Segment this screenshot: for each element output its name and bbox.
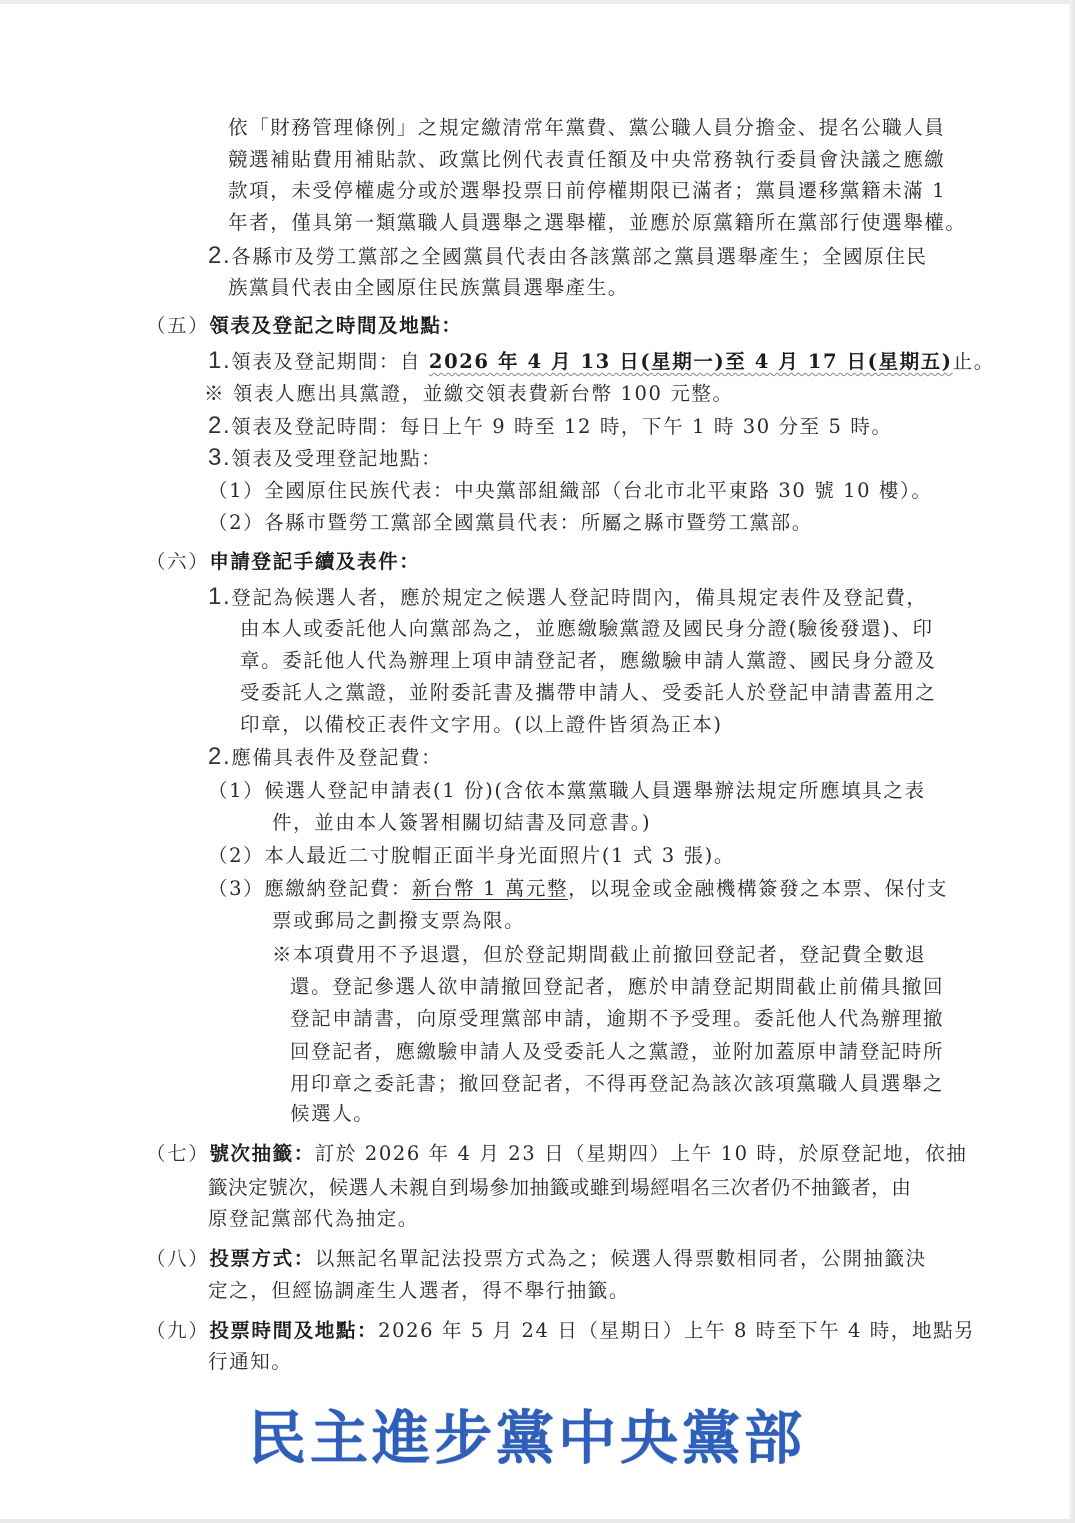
section-title: 領表及登記之時間及地點：	[209, 314, 462, 337]
section-label: （七）	[146, 1142, 209, 1165]
section-heading: （八）投票方式：以無記名單記法投票方式為之；候選人得票數相同者，公開抽籤決	[146, 1244, 927, 1274]
text: ，以現金或金融機構簽發之本票、保付支	[568, 877, 948, 900]
item-number: 2.	[208, 242, 231, 269]
text: 領表及登記時間：每日上午 9 時至 12 時，下午 1 時 30 分至 5 時。	[231, 415, 892, 438]
item-number: 1.	[208, 583, 231, 610]
section-heading: （五）領表及登記之時間及地點：	[146, 311, 463, 341]
text: 應備具表件及登記費：	[231, 746, 442, 769]
text-line: 印章，以備校正表件文字用。(以上證件皆須為正本)	[240, 710, 723, 740]
text-line: 競選補貼費用補貼款、政黨比例代表責任額及中央常務執行委員會決議之應繳	[228, 145, 945, 175]
list-item: 1.領表及登記期間：自 2026 年 4 月 13 日(星期一)至 4 月 17…	[208, 346, 995, 377]
section-heading: （六）申請登記手續及表件：	[146, 547, 420, 577]
registration-period: 2026 年 4 月 13 日(星期一)至 4 月 17 日(星期五)	[429, 350, 953, 373]
text-line: 由本人或委託他人向黨部為之，並應繳驗黨證及國民身分證(驗後發還)、印	[240, 614, 934, 644]
text-line: 款項，未受停權處分或於選舉投票日前停權期限已滿者；黨員遷移黨籍未滿 1	[228, 176, 946, 206]
sub-item: （1）全國原住民族代表：中央黨部組織部（台北市北平東路 30 號 10 樓）。	[208, 476, 932, 506]
text: 領表及登記期間：自	[231, 350, 429, 373]
sub-item: （2）本人最近二寸脫帽正面半身光面照片(1 式 3 張)。	[208, 841, 735, 871]
section-title: 申請登記手續及表件：	[209, 550, 420, 573]
sub-item: （3）應繳納登記費：新台幣 1 萬元整，以現金或金融機構簽發之本票、保付支	[208, 874, 948, 904]
list-item: 3.領表及受理登記地點：	[208, 443, 442, 474]
text-line: 章。委託他人代為辦理上項申請登記者，應繳驗申請人黨證、國民身分證及	[240, 646, 936, 676]
note: ※ 領表人應出具黨證，並繳交領表費新台幣 100 元整。	[204, 379, 734, 409]
section-label: （九）	[146, 1319, 209, 1342]
page-edge	[0, 0, 1075, 4]
note-line: ※本項費用不予退還，但於登記期間截止前撤回登記者，登記費全數退	[272, 940, 926, 970]
list-item: 2.領表及登記時間：每日上午 9 時至 12 時，下午 1 時 30 分至 5 …	[208, 411, 893, 442]
text-line: 原登記黨部代為抽定。	[208, 1204, 419, 1234]
item-number: 2.	[208, 743, 231, 770]
section-label: （六）	[146, 550, 209, 573]
text-line: 各縣市及勞工黨部之全國黨員代表由各該黨部之黨員選舉產生；全國原住民	[231, 245, 927, 268]
text-line: 受委託人之黨證，並附委託書及攜帶申請人、受委託人於登記申請書蓋用之	[240, 678, 936, 708]
text-line: 登記為候選人者，應於規定之候選人登記時間內，備具規定表件及登記費，	[231, 586, 927, 609]
list-item: 2.應備具表件及登記費：	[208, 742, 442, 773]
text-line: 定之，但經協調產生人選者，得不舉行抽籤。	[208, 1276, 630, 1306]
section-title: 投票時間及地點：	[209, 1319, 378, 1342]
text-line: 訂於 2026 年 4 月 23 日（星期四）上午 10 時，於原登記地，依抽	[315, 1142, 968, 1165]
text-line: 籤決定號次，候選人未親自到場參加抽籤或雖到場經唱名三次者仍不抽籤者，由	[208, 1173, 912, 1203]
text-line: 2026 年 5 月 24 日（星期日）上午 8 時至下午 4 時，地點另	[378, 1319, 975, 1342]
list-item: 1.登記為候選人者，應於規定之候選人登記時間內，備具規定表件及登記費，	[208, 582, 928, 613]
section-heading: （九）投票時間及地點：2026 年 5 月 24 日（星期日）上午 8 時至下午…	[146, 1316, 975, 1346]
item-number: 2.	[208, 412, 231, 439]
section-label: （五）	[146, 314, 209, 337]
list-item: 2.各縣市及勞工黨部之全國黨員代表由各該黨部之黨員選舉產生；全國原住民	[208, 241, 928, 272]
organization-stamp: 民主進步黨中央黨部	[248, 1398, 768, 1478]
note-line: 還。登記參選人欲申請撤回登記者，應於申請登記期間截止前備具撤回	[290, 972, 944, 1002]
text: 領表及受理登記地點：	[231, 447, 442, 470]
text-line: 行通知。	[208, 1347, 292, 1377]
item-number: 3.	[208, 444, 231, 471]
text-line: 票或郵局之劃撥支票為限。	[272, 906, 525, 936]
item-number: 1.	[208, 347, 231, 374]
text-line: 依「財務管理條例」之規定繳清常年黨費、黨公職人員分擔金、提名公職人員	[228, 113, 945, 143]
page-edge	[1069, 0, 1075, 1523]
section-title: 號次抽籤：	[209, 1142, 315, 1165]
registration-fee: 新台幣 1 萬元整	[412, 877, 568, 900]
text: 應繳納登記費：	[264, 877, 412, 900]
text-line: 族黨員代表由全國原住民族黨員選舉產生。	[228, 273, 629, 303]
text-line: 候選人登記申請表(1 份)(含依本黨黨職人員選舉辦法規定所應填具之表	[264, 779, 925, 802]
sub-item: （1）候選人登記申請表(1 份)(含依本黨黨職人員選舉辦法規定所應填具之表	[208, 776, 926, 806]
note-line: 回登記者，應繳驗申請人及受委託人之黨證，並附加蓋原申請登記時所	[290, 1037, 944, 1067]
text-line: 以無記名單記法投票方式為之；候選人得票數相同者，公開抽籤決	[315, 1247, 927, 1270]
sub-item: （2）各縣市暨勞工黨部全國黨員代表：所屬之縣市暨勞工黨部。	[208, 508, 813, 538]
sub-item-label: （3）	[208, 877, 264, 900]
note-line: 用印章之委託書；撤回登記者，不得再登記為該次該項黨職人員選舉之	[290, 1069, 944, 1099]
note-line: 候選人。	[290, 1099, 374, 1129]
note-line: 登記申請書，向原受理黨部申請，逾期不予受理。委託他人代為辦理撤	[290, 1004, 944, 1034]
section-label: （八）	[146, 1247, 209, 1270]
sub-item-label: （2）	[208, 844, 264, 867]
page-edge	[0, 1519, 1075, 1523]
section-heading: （七）號次抽籤：訂於 2026 年 4 月 23 日（星期四）上午 10 時，於…	[146, 1139, 967, 1169]
sub-item-label: （1）	[208, 779, 264, 802]
text: 本人最近二寸脫帽正面半身光面照片(1 式 3 張)。	[264, 844, 735, 867]
section-title: 投票方式：	[209, 1247, 315, 1270]
text: 止。	[953, 350, 995, 373]
text-line: 年者，僅具第一類黨職人員選舉之選舉權，並應於原黨籍所在黨部行使選舉權。	[228, 208, 967, 238]
text-line: 件，並由本人簽署相關切結書及同意書。)	[272, 808, 651, 838]
